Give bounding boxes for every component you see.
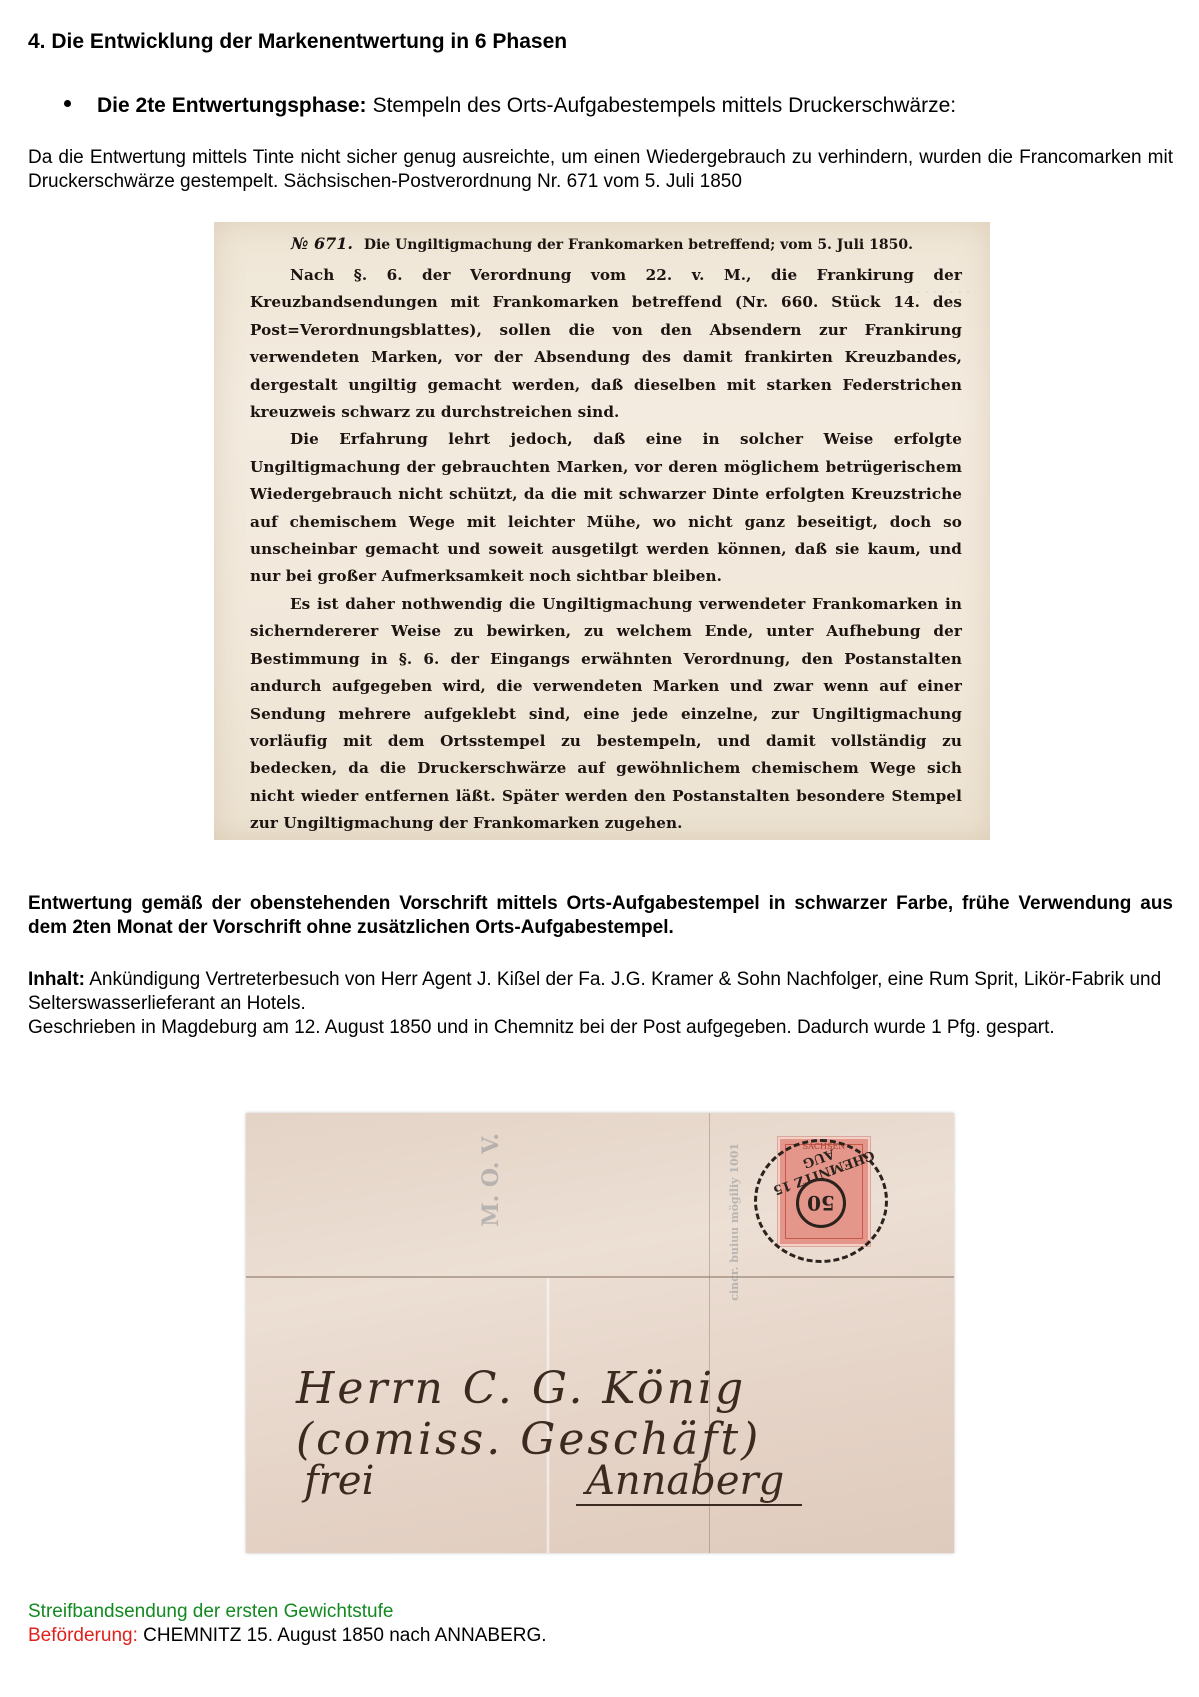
page-title: 4. Die Entwicklung der Markenentwertung … xyxy=(28,30,567,54)
content-note: Geschrieben in Magdeburg am 12. August 1… xyxy=(28,1016,1173,1040)
address-city: Annaberg xyxy=(576,1458,802,1506)
decree-paragraph: Es ist daher nothwendig die Ungiltigmach… xyxy=(250,591,962,838)
postmark-cancel: CHEMNITZ 15 AUG 50 xyxy=(754,1139,888,1263)
decree-body: Nach §. 6. der Verordnung vom 22. v. M.,… xyxy=(250,262,962,840)
bullet-icon xyxy=(64,100,71,107)
decree-heading: № 671. Die Ungiltigmachung der Frankomar… xyxy=(214,234,990,253)
fold-line xyxy=(246,1276,954,1278)
phase-text: Stempeln des Orts-Aufgabestempels mittel… xyxy=(373,94,957,118)
intro-paragraph: Da die Entwertung mittels Tinte nicht si… xyxy=(28,146,1173,194)
address-frei: frei xyxy=(304,1458,374,1504)
decree-paragraph: Uebrigens bewendet es dabei, daß das Unt… xyxy=(250,838,962,840)
postmark-center: 50 xyxy=(796,1178,846,1228)
address-line: Herrn C. G. König (comiss. Geschäft) xyxy=(296,1363,954,1465)
phase-label: Die 2te Entwertungsphase: xyxy=(97,94,367,118)
content-label: Inhalt: xyxy=(28,969,85,990)
content-description: Inhalt: Ankündigung Vertreterbesuch von … xyxy=(28,968,1173,1040)
cancellation-remark: Entwertung gemäß der obenstehenden Vorsc… xyxy=(28,892,1173,940)
decree-paragraph: Nach §. 6. der Verordnung vom 22. v. M.,… xyxy=(250,262,962,426)
phase-bullet: Die 2te Entwertungsphase: Stempeln des O… xyxy=(64,94,956,118)
content-text: Ankündigung Vertreterbesuch von Herr Age… xyxy=(28,969,1161,1014)
transport-route: Beförderung: CHEMNITZ 15. August 1850 na… xyxy=(28,1624,547,1648)
content-line: Inhalt: Ankündigung Vertreterbesuch von … xyxy=(28,968,1173,1016)
decree-scan-image: . . . . . . . . № 671. Die Ungiltigmachu… xyxy=(214,222,990,840)
route-text: CHEMNITZ 15. August 1850 nach ANNABERG. xyxy=(143,1625,546,1646)
shipment-category: Streifbandsendung der ersten Gewichtstuf… xyxy=(28,1600,393,1624)
route-label: Beförderung: xyxy=(28,1625,138,1646)
decree-paragraph: Die Erfahrung lehrt jedoch, daß eine in … xyxy=(250,426,962,590)
decree-title: Die Ungiltigmachung der Frankomarken bet… xyxy=(364,237,913,253)
ghost-print-1: M. O. V. xyxy=(478,1133,504,1227)
decree-number: № 671. xyxy=(291,234,353,253)
cover-image: M. O. V. cincr. buiuu mögiliy 1001 SACHS… xyxy=(246,1113,954,1553)
